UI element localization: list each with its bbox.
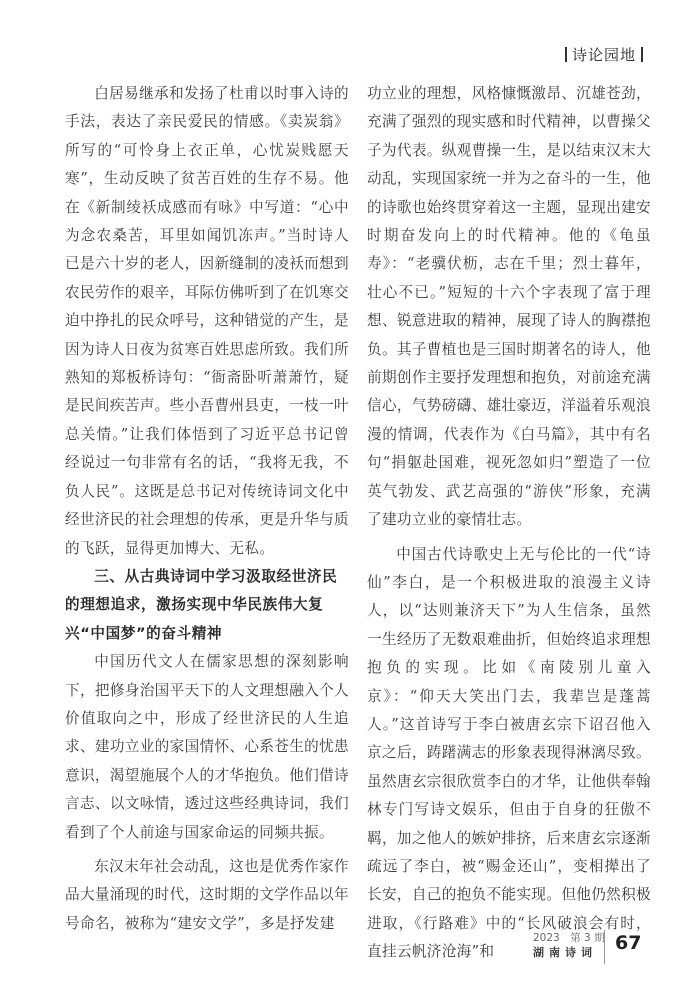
paragraph: 中国古代诗歌史上无与伦比的一代“诗仙”李白，是一个积极进取的浪漫主义诗人，以“达…: [367, 541, 651, 967]
footer-divider: [604, 930, 605, 964]
page-footer: 2023 第 3 期 湖南诗词 67: [533, 930, 673, 964]
right-column: 功立业的理想，风格慷慨激昂、沉雄苍劲，充满了强烈的现实感和时代精神，以曹操父子为…: [367, 80, 651, 967]
paragraph: 东汉末年社会动乱，这也是优秀作家作品大量涌现的时代，这时期的文学作品以年号命名，…: [65, 853, 349, 938]
year-issue: 2023 第 3 期: [533, 930, 605, 945]
paragraph: 功立业的理想，风格慷慨激昂、沉雄苍劲，充满了强烈的现实感和时代精神，以曹操父子为…: [367, 80, 651, 535]
section-tag-label: 诗论园地: [572, 46, 636, 64]
paragraph: 中国历代文人在儒家思想的深刻影响下，把修身治国平天下的人文理想融入个人价值取向之…: [65, 648, 349, 847]
divider-bar: [641, 47, 643, 62]
section-heading: 三、从古典诗词中学习汲取经世济民的理想追求，激扬实现中华民族伟大复兴“中国梦”的…: [65, 563, 349, 648]
magazine-name: 湖南诗词: [533, 944, 597, 960]
section-tag: 诗论园地: [560, 44, 648, 65]
page-number: 67: [615, 932, 641, 954]
divider-bar: [565, 47, 567, 62]
paragraph: 白居易继承和发扬了杜甫以时事入诗的手法，表达了亲民爱民的情感。《卖炭翁》所写的“…: [65, 80, 349, 563]
left-column: 白居易继承和发扬了杜甫以时事入诗的手法，表达了亲民爱民的情感。《卖炭翁》所写的“…: [65, 80, 349, 938]
